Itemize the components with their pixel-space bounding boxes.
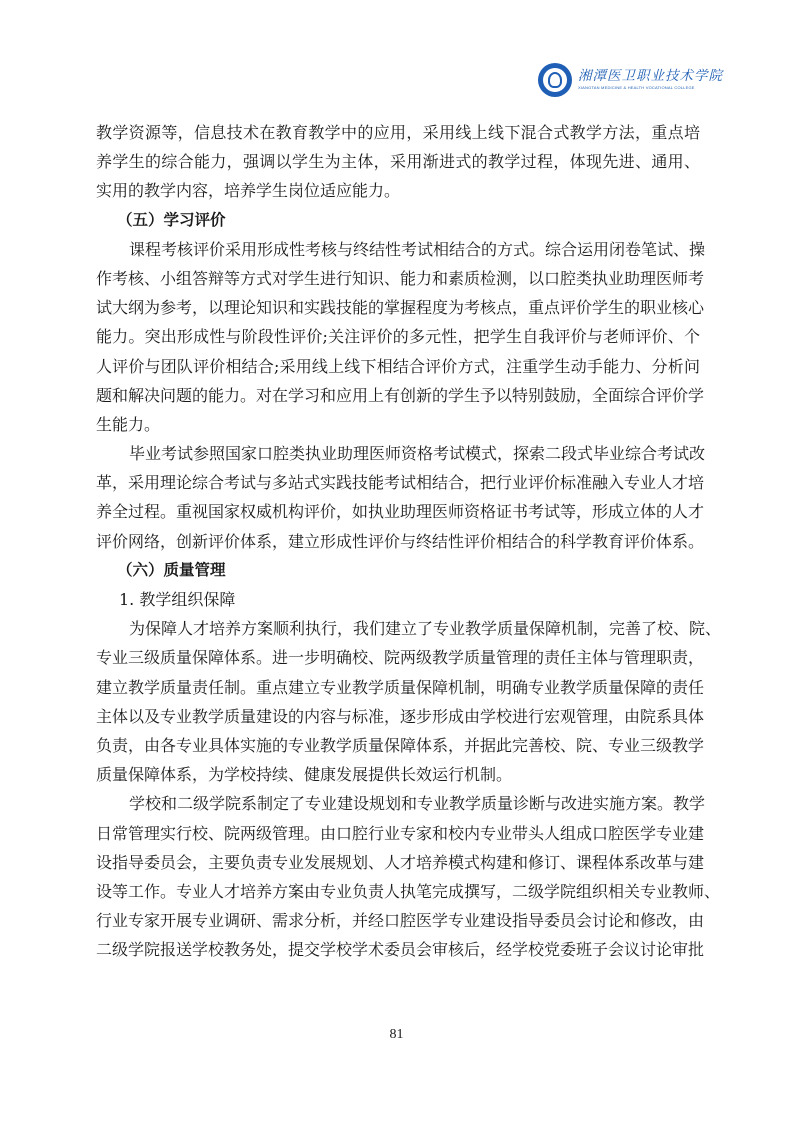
paragraph-line: 学校和二级学院系制定了专业建设规划和专业教学质量诊断与改进实施方案。教学 bbox=[96, 789, 700, 818]
paragraph-line: 人评价与团队评价相结合;采用线上线下相结合评价方式，注重学生动手能力、分析问 bbox=[96, 352, 700, 381]
college-logo: 湘潭医卫职业技术学院 XIANGTAN MEDICINE & HEALTH VO… bbox=[538, 60, 738, 100]
paragraph-line: 主体以及专业教学质量建设的内容与标准，逐步形成由学校进行宏观管理，由院系具体 bbox=[96, 702, 700, 731]
paragraph-line: 行业专家开展专业调研、需求分析，并经口腔医学专业建设指导委员会讨论和修改，由 bbox=[96, 906, 700, 935]
paragraph-line: 毕业考试参照国家口腔类执业助理医师资格考试模式，探索二段式毕业综合考试改 bbox=[96, 439, 700, 468]
college-name-cn: 湘潭医卫职业技术学院 bbox=[578, 70, 723, 84]
college-name: 湘潭医卫职业技术学院 XIANGTAN MEDICINE & HEALTH VO… bbox=[578, 70, 723, 91]
paragraph-line: 作考核、小组答辩等方式对学生进行知识、能力和素质检测，以口腔类执业助理医师考 bbox=[96, 264, 700, 293]
paragraph-line: 设指导委员会，主要负责专业发展规划、人才培养模式构建和修订、课程体系改革与建 bbox=[96, 848, 700, 877]
paragraph-line: 为保障人才培养方案顺利执行，我们建立了专业教学质量保障机制，完善了校、院、 bbox=[96, 614, 700, 643]
paragraph-line: 课程考核评价采用形成性考核与终结性考试相结合的方式。综合运用闭卷笔试、操 bbox=[96, 235, 700, 264]
paragraph-line: 建立教学质量责任制。重点建立专业教学质量保障机制，明确专业教学质量保障的责任 bbox=[96, 673, 700, 702]
subsection-heading-teaching-organization: 1. 教学组织保障 bbox=[96, 585, 700, 614]
section-heading-learning-evaluation: （五）学习评价 bbox=[96, 206, 700, 235]
document-body: 教学资源等，信息技术在教育教学中的应用，采用线上线下混合式教学方法，重点培 养学… bbox=[96, 118, 700, 964]
paragraph-line: 评价网络，创新评价体系，建立形成性评价与终结性评价相结合的科学教育评价体系。 bbox=[96, 527, 700, 556]
paragraph-line: 日常管理实行校、院两级管理。由口腔行业专家和校内专业带头人组成口腔医学专业建 bbox=[96, 819, 700, 848]
paragraph-line: 养全过程。重视国家权威机构评价，如执业助理医师资格证书考试等，形成立体的人才 bbox=[96, 497, 700, 526]
college-name-en: XIANGTAN MEDICINE & HEALTH VOCATIONAL CO… bbox=[578, 86, 723, 90]
paragraph-line: 养学生的综合能力，强调以学生为主体，采用渐进式的教学过程，体现先进、通用、 bbox=[96, 147, 700, 176]
paragraph-line: 二级学院报送学校教务处，提交学校学术委员会审核后，经学校党委班子会议讨论审批 bbox=[96, 935, 700, 964]
paragraph-line: 教学资源等，信息技术在教育教学中的应用，采用线上线下混合式教学方法，重点培 bbox=[96, 118, 700, 147]
section-heading-quality-management: （六）质量管理 bbox=[96, 556, 700, 585]
paragraph-line: 试大纲为参考，以理论知识和实践技能的掌握程度为考核点，重点评价学生的职业核心 bbox=[96, 293, 700, 322]
paragraph-line: 革，采用理论综合考试与多站式实践技能考试相结合，把行业评价标准融入专业人才培 bbox=[96, 468, 700, 497]
paragraph-line: 设等工作。专业人才培养方案由专业负责人执笔完成撰写，二级学院组织相关专业教师、 bbox=[96, 877, 700, 906]
paragraph-line: 实用的教学内容，培养学生岗位适应能力。 bbox=[96, 176, 700, 205]
paragraph-line: 能力。突出形成性与阶段性评价;关注评价的多元性，把学生自我评价与老师评价、个 bbox=[96, 322, 700, 351]
paragraph-line: 生能力。 bbox=[96, 410, 700, 439]
paragraph-line: 质量保障体系，为学校持续、健康发展提供长效运行机制。 bbox=[96, 760, 700, 789]
paragraph-line: 题和解决问题的能力。对在学习和应用上有创新的学生予以特别鼓励，全面综合评价学 bbox=[96, 381, 700, 410]
page-number: 81 bbox=[0, 1027, 793, 1043]
paragraph-line: 负责，由各专业具体实施的专业教学质量保障体系，并据此完善校、院、专业三级教学 bbox=[96, 731, 700, 760]
paragraph-line: 专业三级质量保障体系。进一步明确校、院两级教学质量管理的责任主体与管理职责， bbox=[96, 643, 700, 672]
college-emblem-icon bbox=[538, 63, 572, 97]
